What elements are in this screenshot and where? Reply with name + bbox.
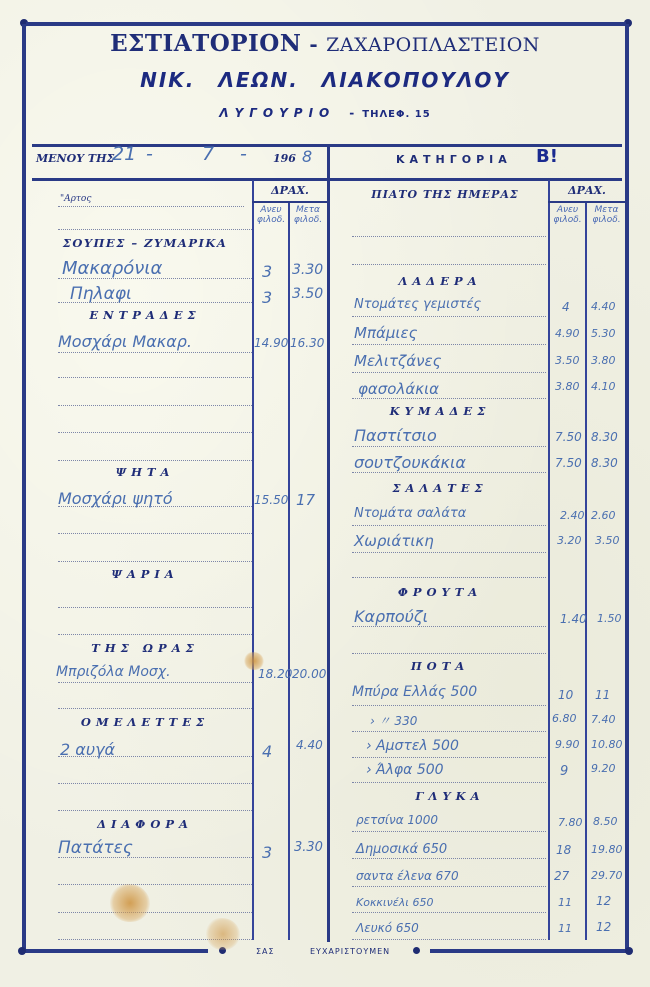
owner-name: ΝΙΚ. ΛΕΩΝ. ΛΙΑΚΟΠΟΥΛΟΥ [0,68,650,92]
frame-top-border [26,22,626,26]
date-dash: - [240,143,247,165]
menu-item-name: Δημοσικά 650 [356,842,447,857]
menu-item-price-tip: 16.30 [290,336,324,350]
menu-item-price: 3 [262,288,272,307]
menu-sheet: ΕΣΤΙΑΤΟΡΙΟΝ-ΖΑΧΑΡΟΠΛΑΣΤΕΙΟΝ ΝΙΚ. ΛΕΩΝ. Λ… [0,0,650,987]
row-rule [58,884,252,885]
section-omelettes: ΟΜΕΛΕΤΤΕΣ [40,715,250,729]
menu-item-price-tip: 17 [296,491,315,509]
row-rule [352,705,546,706]
menu-item-name: Χωριάτικη [354,532,434,550]
right-subcol-without-tip: Ανευ φιλοδ. [550,205,585,225]
menu-item-price-tip: 7.40 [591,713,616,726]
row-rule [352,757,546,758]
title-separator: - [309,32,318,56]
row-rule [352,344,546,345]
section-grill-to-order: ΤΗΣ ΩΡΑΣ [40,641,250,655]
menu-item-name: σουτζουκάκια [354,453,466,472]
menu-item-name: Πατάτες [58,838,133,858]
category-value: Β! [536,146,558,167]
menu-item-price-tip: 1.50 [597,612,622,625]
date-row-divider [327,146,330,180]
row-rule [352,858,546,859]
business-type-2: ΖΑΧΑΡΟΠΛΑΣΤΕΙΟΝ [326,34,540,56]
left-price-col-line [252,180,254,940]
section-soups-pasta: ΣΟΥΠΕΣ – ΖΥΜΑΡΙΚΑ [40,236,250,250]
stain-mark [206,918,240,950]
menu-item-price: 7.50 [555,456,582,470]
row-rule [352,552,546,553]
menu-item-name: Ντομάτα σαλάτα [354,506,466,521]
row-rule [352,472,546,473]
menu-item-name: Μοσχάρι Μακαρ. [58,332,192,351]
row-rule [58,708,252,709]
row-rule [58,533,252,534]
row-rule [352,372,546,373]
menu-item-price: 9.90 [555,738,580,751]
row-rule [352,236,546,237]
menu-item-price-tip: 3.30 [292,262,323,278]
row-rule [58,352,252,353]
menu-item-name: Μπύρα Ελλάς 500 [352,684,477,700]
menu-item-name: Μπάμιες [354,324,417,342]
menu-year-printed: 196 [273,152,296,165]
menu-item-name: 2 αυγά [60,740,115,759]
frame-right-border [625,24,629,950]
frame-bottom-border-left [22,949,208,953]
row-rule [58,405,252,406]
menu-item-name: Καρπούζι [354,607,428,626]
menu-item-price-tip: 11 [595,688,610,702]
row-rule [352,446,546,447]
bread-label: "Αρτος [60,194,91,204]
menu-item-name: Μακαρόνια [62,258,162,279]
row-rule [58,607,252,608]
row-rule [352,653,546,654]
menu-item-name: φασολάκια [358,380,439,398]
menu-item-price: 7.80 [558,816,583,829]
footer-thanks-1: ΣΑΣ [256,947,275,956]
menu-item-price-tip: 3.50 [595,534,620,547]
menu-item-name: Ντομάτες γεμιστές [354,297,481,312]
menu-item-price: 3.50 [555,354,580,367]
section-misc: ΔΙΑΦΟΡΑ [40,817,250,831]
menu-month: 7 [202,143,214,165]
category-label: ΚΑΤΗΓΟΡΙΑ [396,153,512,166]
address-separator: - [349,106,354,120]
dish-of-day-header: ΠΙΑΤΟ ΤΗΣ ΗΜΕΡΑΣ [350,188,540,201]
row-rule [352,264,546,265]
menu-item-name: Κοκκινέλι 650 [356,896,433,909]
business-type: ΕΣΤΙΑΤΟΡΙΟΝ [110,30,301,57]
right-subcol-with-tip: Μετα φιλοδ. [588,205,625,225]
menu-item-price-tip: 12 [596,920,611,934]
frame-left-border [22,24,26,950]
section-sweets-wines: ΓΛΥΚΑ [400,789,500,803]
menu-item-price-tip: 8.30 [591,430,618,444]
section-grilled: ΨΗΤΑ [40,465,250,479]
left-price-header: ΔΡΑΧ. [254,184,326,197]
menu-item-name: Παστίτσιο [354,426,437,445]
right-price-mid-line [585,202,587,940]
row-rule [58,229,252,230]
menu-item-price: 18 [556,843,571,857]
row-rule [58,634,252,635]
menu-item-price: 4 [262,742,272,761]
menu-item-price-tip: 3.80 [591,354,616,367]
menu-item-name: Μοσχάρι ψητό [58,489,173,508]
menu-item-price: 11 [558,922,572,935]
menu-item-price: 15.50 [254,493,288,507]
row-rule [352,782,546,783]
menu-item-price-tip: 4.10 [591,380,616,393]
menu-item-price: 11 [558,896,572,909]
left-subcol-without-tip: Ανευ φιλοδ. [254,205,288,225]
menu-item-name: › Αμστελ 500 [366,738,459,754]
menu-item-price-tip: 8.50 [593,815,618,828]
menu-item-name: › Άλφα 500 [366,762,444,778]
menu-item-price-tip: 20.00 [292,667,326,681]
row-rule [352,577,546,578]
row-rule [352,831,546,832]
row-rule [58,561,252,562]
row-rule [352,316,546,317]
menu-item-price-tip: 5.30 [591,327,616,340]
row-rule [352,525,546,526]
menu-item-name: Μελιτζάνες [354,352,441,370]
phone-number: ΤΗΛΕΦ. 15 [362,109,430,120]
menu-item-price-tip: 9.20 [591,762,616,775]
menu-item-price-tip: 3.30 [294,840,323,855]
menu-item-name: › 〃 330 [370,712,417,729]
menu-item-price-tip: 29.70 [591,869,623,882]
menu-item-price: 27 [554,869,569,883]
left-price-mid-line [288,202,290,940]
menu-item-price-tip: 4.40 [591,300,616,313]
menu-item-price: 18.20 [258,667,292,681]
left-price-header-line [252,201,328,203]
row-rule [352,626,546,627]
menu-item-price-tip: 4.40 [296,738,323,752]
menu-item-price-tip: 3.50 [292,286,323,302]
row-rule [352,939,546,940]
menu-item-price-tip: 10.80 [591,738,623,751]
section-oil-dishes: ΛΑΔΕΡΑ [340,274,540,288]
menu-day: 21 [112,143,136,165]
town-name: ΛΥΓΟΥΡΙΟ [219,106,335,120]
row-rule [58,783,252,784]
row-rule [352,731,546,732]
section-salads: ΣΑΛΑΤΕΣ [340,481,540,495]
menu-item-price: 7.50 [555,430,582,444]
section-fruits: ΦΡΟΥΤΑ [340,585,540,599]
menu-date-label: ΜΕΝΟΥ ΤΗΣ [36,152,114,165]
menu-item-name: Λευκό 650 [356,921,419,935]
menu-item-price: 3.20 [557,534,582,547]
menu-item-name: Μπριζόλα Μοσχ. [56,664,171,680]
footer-dot [413,947,420,954]
row-rule [58,432,252,433]
stain-mark [244,652,264,670]
row-rule [58,682,252,683]
menu-item-price: 3.80 [555,380,580,393]
menu-item-price: 6.80 [552,712,577,725]
row-rule [58,460,252,461]
section-fish: ΨΑΡΙΑ [40,567,250,581]
menu-item-price: 1.40 [560,612,587,626]
menu-item-price: 4 [562,300,570,314]
right-price-header-line [548,201,626,203]
row-rule [352,912,546,913]
frame-corner-dot [625,947,633,955]
menu-item-price-tip: 12 [596,894,611,908]
menu-item-price: 3 [262,843,272,862]
menu-item-name: ρετσίνα 1000 [356,813,438,827]
menu-item-price-tip: 19.80 [591,843,623,856]
menu-item-price-tip: 2.60 [591,509,616,522]
menu-year-handwritten: 8 [302,147,312,166]
row-rule [58,206,244,207]
center-divider [327,180,330,942]
menu-item-price: 14.90 [254,336,288,350]
left-subcol-with-tip: Μετα φιλοδ. [290,205,326,225]
menu-item-name: σαντα έλενα 670 [356,869,459,883]
menu-item-price: 9 [560,764,568,779]
right-price-header: ΔΡΑΧ. [550,184,624,197]
menu-item-price-tip: 8.30 [591,456,618,470]
row-rule [352,886,546,887]
menu-item-price: 3 [262,262,272,281]
row-rule [58,810,252,811]
menu-item-price: 2.40 [560,509,585,522]
right-price-col-line [548,180,550,940]
menu-item-price: 4.90 [555,327,580,340]
section-minced-meat: ΚΥΜΑΔΕΣ [340,404,540,418]
section-drinks: ΠΟΤΑ [340,659,540,673]
address-line: ΛΥΓΟΥΡΙΟ-ΤΗΛΕΦ. 15 [0,106,650,120]
row-rule [58,912,252,913]
date-dash: - [146,143,153,165]
row-rule [58,377,252,378]
frame-corner-dot [18,947,26,955]
stain-mark [110,884,150,922]
business-title: ΕΣΤΙΑΤΟΡΙΟΝ-ΖΑΧΑΡΟΠΛΑΣΤΕΙΟΝ [0,30,650,57]
section-entrees: ΕΝΤΡΑΔΕΣ [40,308,250,322]
row-rule [352,398,546,399]
menu-item-name: Πηλαφι [70,284,132,304]
menu-item-price: 10 [558,688,573,702]
footer-thanks-2: ΕΥΧΑΡΙΣΤΟΥΜΕΝ [310,947,390,956]
frame-bottom-border-right [430,949,629,953]
